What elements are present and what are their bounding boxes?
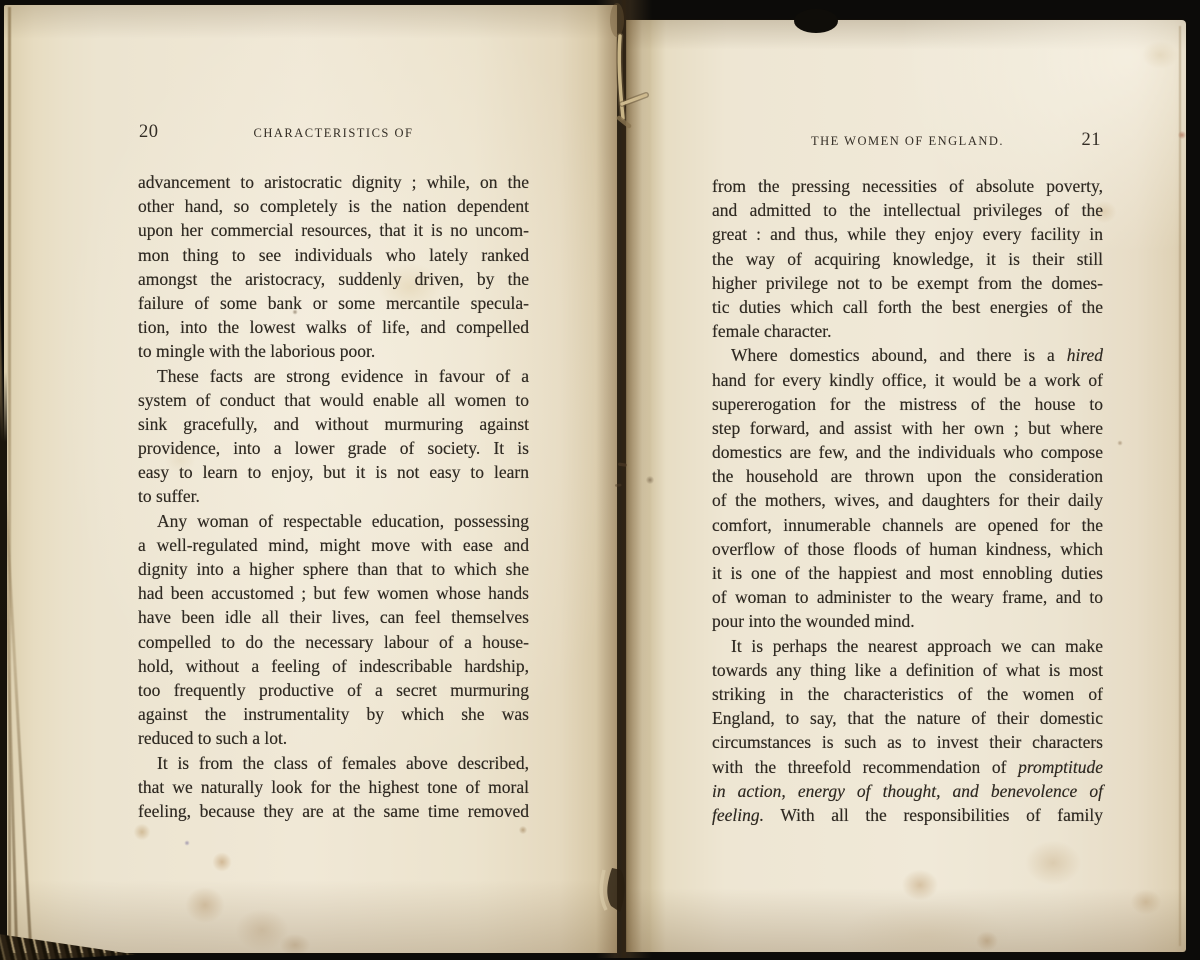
italic-text-segment: feeling. xyxy=(712,805,764,825)
text-segment: and admitted to the intellectual privile… xyxy=(712,200,1103,220)
text-segment: female character. xyxy=(712,321,832,341)
text-segment: to suffer. xyxy=(138,486,200,506)
text-segment: England, to say, that the nature of thei… xyxy=(712,708,1103,728)
text-line: Any woman of respectable education, poss… xyxy=(138,509,529,533)
running-head: THE WOMEN OF ENGLAND. 21 xyxy=(712,130,1103,154)
text-line: that we naturally look for the highest t… xyxy=(138,775,529,799)
text-segment: pour into the wounded mind. xyxy=(712,611,915,631)
text-line: tic duties which call forth the best ene… xyxy=(712,295,1103,319)
text-line: the household are thrown upon the consid… xyxy=(712,464,1103,488)
text-segment: tic duties which call forth the best ene… xyxy=(712,297,1103,317)
text-segment: towards any thing like a definition of w… xyxy=(712,660,1103,680)
text-line: failure of some bank or some mercantile … xyxy=(138,291,529,315)
text-segment: that we naturally look for the highest t… xyxy=(138,777,529,797)
text-segment: upon her commercial resources, that it i… xyxy=(138,220,529,240)
text-segment: domestics are few, and the individuals w… xyxy=(712,442,1103,462)
text-segment: hand for every kindly office, it would b… xyxy=(712,370,1103,390)
text-line: system of conduct that would enable all … xyxy=(138,388,529,412)
cover-edge xyxy=(0,372,7,960)
text-line: tion, into the lowest walks of life, and… xyxy=(138,315,529,339)
text-segment: tion, into the lowest walks of life, and… xyxy=(138,317,529,337)
text-segment: too frequently productive of a secret mu… xyxy=(138,680,529,700)
text-segment: hold, without a feeling of indescribable… xyxy=(138,656,529,676)
text-line: hold, without a feeling of indescribable… xyxy=(138,654,529,678)
text-segment: compelled to do the necessary labour of … xyxy=(138,632,529,652)
text-segment: the household are thrown upon the consid… xyxy=(712,466,1103,486)
text-segment: great : and thus, while they enjoy every… xyxy=(712,224,1103,244)
text-line: domestics are few, and the individuals w… xyxy=(712,440,1103,464)
text-segment: with the threefold recommendation of xyxy=(712,757,1018,777)
text-line: in action, energy of thought, and benevo… xyxy=(712,779,1103,803)
text-segment: circumstances is such as to invest their… xyxy=(712,732,1103,752)
text-segment: advancement to aristocratic dignity ; wh… xyxy=(138,172,529,192)
text-segment: it is one of the happiest and most ennob… xyxy=(712,563,1103,583)
text-segment: of the mothers, wives, and daughters for… xyxy=(712,490,1103,510)
text-segment: have been idle all their lives, can feel… xyxy=(138,607,529,627)
italic-text-segment: promptitude xyxy=(1018,757,1103,777)
text-line: to suffer. xyxy=(138,484,529,508)
text-segment: overflow of those floods of human kindne… xyxy=(712,539,1103,559)
text-line: striking in the characteristics of the w… xyxy=(712,682,1103,706)
text-line: to mingle with the laborious poor. xyxy=(138,339,529,363)
text-segment: With all the responsibilities of family xyxy=(764,805,1103,825)
text-line: supererogation for the mistress of the h… xyxy=(712,392,1103,416)
text-segment: comfort, innumerable channels are opened… xyxy=(712,515,1103,535)
text-line: against the instrumentality by which she… xyxy=(138,702,529,726)
text-segment: It is perhaps the nearest approach we ca… xyxy=(731,636,1103,656)
text-segment: reduced to such a lot. xyxy=(138,728,287,748)
text-line: had been accustomed ; but few women whos… xyxy=(138,581,529,605)
text-line: of woman to administer to the weary fram… xyxy=(712,585,1103,609)
running-title: CHARACTERISTICS OF xyxy=(138,126,529,141)
text-segment: other hand, so completely is the nation … xyxy=(138,196,529,216)
text-line: advancement to aristocratic dignity ; wh… xyxy=(138,170,529,194)
text-segment: of woman to administer to the weary fram… xyxy=(712,587,1103,607)
text-line: the way of acquiring knowledge, it is th… xyxy=(712,247,1103,271)
left-page: 20 CHARACTERISTICS OF advancement to ari… xyxy=(4,5,617,953)
text-segment: It is from the class of females above de… xyxy=(157,753,529,773)
text-line: These facts are strong evidence in favou… xyxy=(138,364,529,388)
text-line: have been idle all their lives, can feel… xyxy=(138,605,529,629)
text-segment: feeling, because they are at the same ti… xyxy=(138,801,529,821)
text-line: reduced to such a lot. xyxy=(138,726,529,750)
text-segment: system of conduct that would enable all … xyxy=(138,390,529,410)
text-line: England, to say, that the nature of thei… xyxy=(712,706,1103,730)
text-segment: dignity into a higher sphere than that t… xyxy=(138,559,529,579)
text-line: mon thing to see individuals who lately … xyxy=(138,243,529,267)
text-segment: the way of acquiring knowledge, it is th… xyxy=(712,249,1103,269)
page-text: advancement to aristocratic dignity ; wh… xyxy=(138,170,529,823)
text-line: circumstances is such as to invest their… xyxy=(712,730,1103,754)
text-line: female character. xyxy=(712,319,1103,343)
text-line: upon her commercial resources, that it i… xyxy=(138,218,529,242)
text-segment: Where domestics abound, and there is a xyxy=(731,345,1067,365)
text-line: feeling. With all the responsibilities o… xyxy=(712,803,1103,827)
running-title: THE WOMEN OF ENGLAND. xyxy=(712,134,1103,149)
text-line: easy to learn to enjoy, but it is not ea… xyxy=(138,460,529,484)
text-line: amongst the aristocracy, suddenly driven… xyxy=(138,267,529,291)
italic-text-segment: hired xyxy=(1067,345,1103,365)
text-line: compelled to do the necessary labour of … xyxy=(138,630,529,654)
text-line: step forward, and assist with her own ; … xyxy=(712,416,1103,440)
text-segment: supererogation for the mistress of the h… xyxy=(712,394,1103,414)
text-line: with the threefold recommendation of pro… xyxy=(712,755,1103,779)
text-line: other hand, so completely is the nation … xyxy=(138,194,529,218)
text-segment: had been accustomed ; but few women whos… xyxy=(138,583,529,603)
text-segment: amongst the aristocracy, suddenly driven… xyxy=(138,269,529,289)
right-page: THE WOMEN OF ENGLAND. 21 from the pressi… xyxy=(626,20,1186,952)
text-line: too frequently productive of a secret mu… xyxy=(138,678,529,702)
page-number: 21 xyxy=(1082,130,1102,151)
text-line: sink gracefully, and without murmuring a… xyxy=(138,412,529,436)
text-line: from the pressing necessities of absolut… xyxy=(712,174,1103,198)
text-segment: a well-regulated mind, might move with e… xyxy=(138,535,529,555)
text-line: dignity into a higher sphere than that t… xyxy=(138,557,529,581)
text-line: It is from the class of females above de… xyxy=(138,751,529,775)
text-segment: higher privilege not to be exempt from t… xyxy=(712,273,1103,293)
text-segment: Any woman of respectable education, poss… xyxy=(157,511,529,531)
text-segment: from the pressing necessities of absolut… xyxy=(712,176,1103,196)
text-line: feeling, because they are at the same ti… xyxy=(138,799,529,823)
text-segment: These facts are strong evidence in favou… xyxy=(157,366,529,386)
text-segment: sink gracefully, and without murmuring a… xyxy=(138,414,529,434)
text-line: overflow of those floods of human kindne… xyxy=(712,537,1103,561)
text-segment: step forward, and assist with her own ; … xyxy=(712,418,1103,438)
text-line: Where domestics abound, and there is a h… xyxy=(712,343,1103,367)
text-segment: mon thing to see individuals who lately … xyxy=(138,245,529,265)
text-segment: to mingle with the laborious poor. xyxy=(138,341,375,361)
italic-text-segment: in action, energy of thought, and benevo… xyxy=(712,781,1103,801)
page-text: from the pressing necessities of absolut… xyxy=(712,174,1103,827)
text-segment: easy to learn to enjoy, but it is not ea… xyxy=(138,462,529,482)
page-fore-edge xyxy=(1179,26,1181,946)
text-line: It is perhaps the nearest approach we ca… xyxy=(712,634,1103,658)
text-line: of the mothers, wives, and daughters for… xyxy=(712,488,1103,512)
text-segment: against the instrumentality by which she… xyxy=(138,704,529,724)
text-line: a well-regulated mind, might move with e… xyxy=(138,533,529,557)
text-line: pour into the wounded mind. xyxy=(712,609,1103,633)
open-book-photograph: 20 CHARACTERISTICS OF advancement to ari… xyxy=(0,0,1200,960)
text-line: comfort, innumerable channels are opened… xyxy=(712,513,1103,537)
text-line: towards any thing like a definition of w… xyxy=(712,658,1103,682)
text-line: higher privilege not to be exempt from t… xyxy=(712,271,1103,295)
text-segment: striking in the characteristics of the w… xyxy=(712,684,1103,704)
text-line: and admitted to the intellectual privile… xyxy=(712,198,1103,222)
running-head: 20 CHARACTERISTICS OF xyxy=(138,122,529,146)
text-line: hand for every kindly office, it would b… xyxy=(712,368,1103,392)
text-line: great : and thus, while they enjoy every… xyxy=(712,222,1103,246)
text-line: it is one of the happiest and most ennob… xyxy=(712,561,1103,585)
text-segment: providence, into a lower grade of societ… xyxy=(138,438,529,458)
text-line: providence, into a lower grade of societ… xyxy=(138,436,529,460)
text-segment: failure of some bank or some mercantile … xyxy=(138,293,529,313)
